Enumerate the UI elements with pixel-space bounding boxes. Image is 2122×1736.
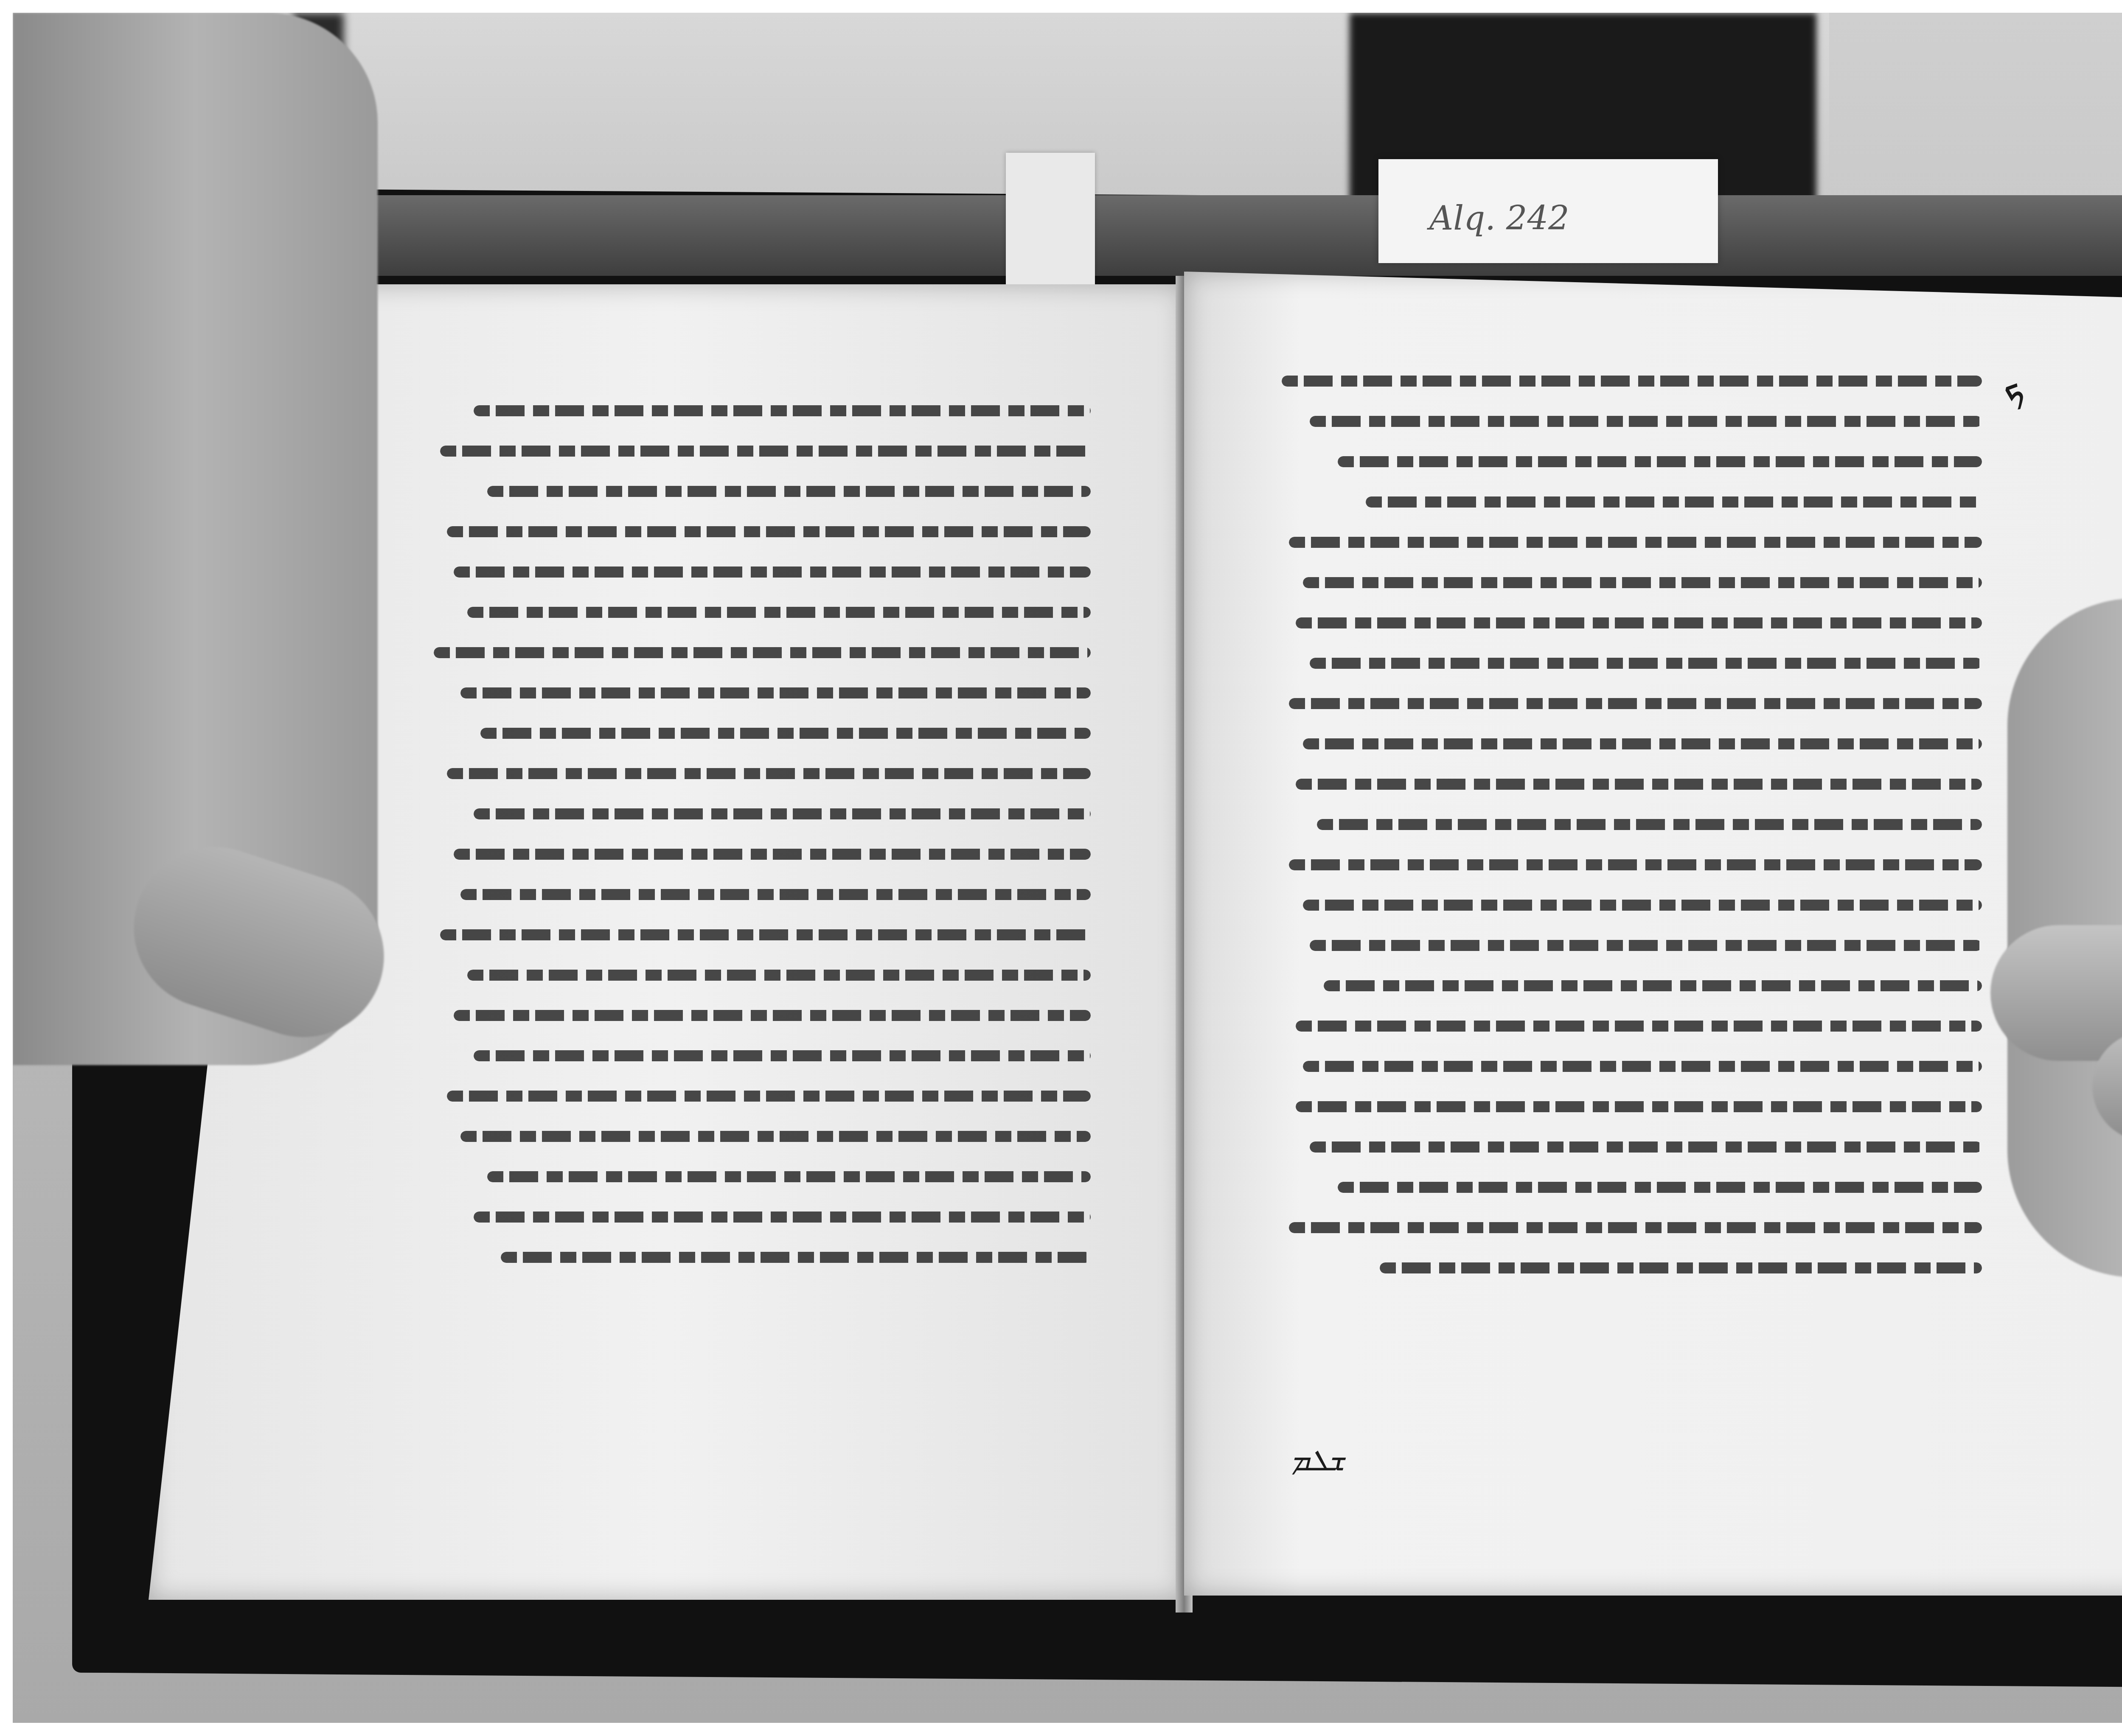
manuscript-line xyxy=(420,1116,1091,1156)
ink-stroke xyxy=(454,849,1091,860)
ink-stroke xyxy=(1310,658,1982,669)
right-hand-finger-1 xyxy=(1990,925,2122,1061)
manuscript-line xyxy=(420,753,1091,794)
manuscript-line xyxy=(1282,925,1982,965)
ink-stroke xyxy=(474,808,1091,819)
ink-stroke xyxy=(1296,779,1982,790)
ink-stroke xyxy=(434,647,1091,658)
manuscript-line xyxy=(420,552,1091,592)
ink-stroke xyxy=(447,768,1091,779)
ink-stroke xyxy=(1303,738,1982,749)
manuscript-line xyxy=(420,834,1091,874)
ink-stroke xyxy=(1289,698,1982,709)
manuscript-line xyxy=(1282,482,1982,522)
manuscript-line xyxy=(420,632,1091,673)
manuscript-photo: Alq. 242 ܟ ܫܠܡ Open Syriac manuscript he… xyxy=(13,13,2122,1723)
book-cover-top-edge xyxy=(318,195,2122,276)
ink-stroke xyxy=(474,1212,1091,1223)
ink-stroke xyxy=(1366,496,1982,508)
manuscript-line xyxy=(1282,844,1982,885)
ink-stroke xyxy=(447,526,1091,537)
ink-stroke xyxy=(1296,617,1982,628)
manuscript-line xyxy=(420,1237,1091,1277)
manuscript-line xyxy=(420,673,1091,713)
ink-stroke xyxy=(1303,1061,1982,1072)
manuscript-line xyxy=(420,1035,1091,1076)
manuscript-line xyxy=(420,914,1091,955)
ink-stroke xyxy=(1289,1222,1982,1233)
manuscript-line xyxy=(1282,603,1982,643)
ink-stroke xyxy=(1296,1021,1982,1032)
ink-stroke xyxy=(487,1171,1091,1182)
manuscript-line xyxy=(420,713,1091,753)
shelfmark-label: Alq. 242 xyxy=(1378,159,1718,263)
paper-bookmark-tab xyxy=(1006,153,1095,306)
ink-stroke xyxy=(467,607,1091,618)
ink-stroke xyxy=(454,1010,1091,1021)
manuscript-line xyxy=(420,1197,1091,1237)
manuscript-line xyxy=(420,471,1091,511)
ink-stroke xyxy=(447,1091,1091,1102)
ink-stroke xyxy=(474,405,1091,416)
manuscript-line xyxy=(1282,1248,1982,1288)
manuscript-line xyxy=(1282,1046,1982,1086)
manuscript-line xyxy=(1282,1207,1982,1248)
ink-stroke xyxy=(1310,416,1982,427)
manuscript-line xyxy=(420,511,1091,552)
manuscript-line xyxy=(420,592,1091,632)
ink-stroke xyxy=(1303,900,1982,911)
ink-stroke xyxy=(440,929,1091,940)
right-page-text xyxy=(1282,361,1982,1288)
ink-stroke xyxy=(440,446,1091,457)
manuscript-line xyxy=(420,390,1091,431)
manuscript-line xyxy=(1282,683,1982,724)
ink-stroke xyxy=(460,1131,1091,1142)
manuscript-line xyxy=(1282,804,1982,844)
ink-stroke xyxy=(1324,980,1982,991)
ink-stroke xyxy=(460,889,1091,900)
manuscript-line xyxy=(1282,361,1982,401)
ink-stroke xyxy=(501,1252,1091,1263)
ink-stroke xyxy=(474,1050,1091,1061)
ink-stroke xyxy=(460,687,1091,698)
manuscript-line xyxy=(1282,965,1982,1006)
ink-stroke xyxy=(1338,1182,1982,1193)
ink-stroke xyxy=(454,567,1091,578)
manuscript-line xyxy=(1282,885,1982,925)
manuscript-line xyxy=(1282,401,1982,441)
manuscript-line xyxy=(420,1156,1091,1197)
ink-stroke xyxy=(1296,1101,1982,1112)
ink-stroke xyxy=(487,486,1091,497)
shelfmark-text: Alq. 242 xyxy=(1429,199,1569,238)
ink-stroke xyxy=(1317,819,1982,830)
manuscript-line xyxy=(1282,1167,1982,1207)
manuscript-line xyxy=(1282,441,1982,482)
manuscript-line xyxy=(1282,1127,1982,1167)
manuscript-line xyxy=(1282,1006,1982,1046)
colophon-flourish: ܫܠܡ xyxy=(1290,1443,1345,1478)
ink-stroke xyxy=(1338,456,1982,467)
ink-stroke xyxy=(1289,537,1982,548)
ink-stroke xyxy=(480,728,1091,739)
left-page-text xyxy=(420,390,1091,1277)
manuscript-line xyxy=(420,794,1091,834)
ink-stroke xyxy=(1310,940,1982,951)
ink-stroke xyxy=(1310,1141,1982,1153)
manuscript-line xyxy=(420,431,1091,471)
manuscript-line xyxy=(1282,764,1982,804)
manuscript-line xyxy=(1282,562,1982,603)
manuscript-line xyxy=(1282,724,1982,764)
ink-stroke xyxy=(1289,859,1982,870)
ink-stroke xyxy=(1303,577,1982,588)
manuscript-line xyxy=(1282,1086,1982,1127)
ink-stroke xyxy=(1282,376,1982,387)
manuscript-line xyxy=(420,995,1091,1035)
manuscript-line xyxy=(420,1076,1091,1116)
ink-stroke xyxy=(1380,1262,1982,1273)
manuscript-line xyxy=(1282,522,1982,562)
manuscript-line xyxy=(1282,643,1982,683)
ink-stroke xyxy=(467,970,1091,981)
manuscript-line xyxy=(420,955,1091,995)
manuscript-line xyxy=(420,874,1091,914)
